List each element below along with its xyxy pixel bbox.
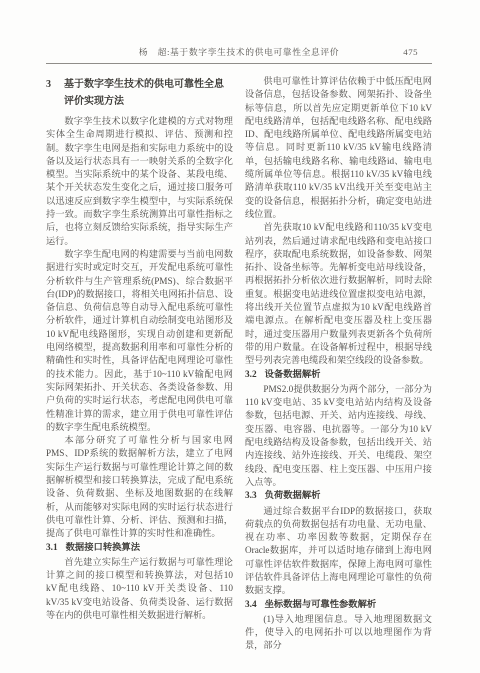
section-title: 基于数字孪生技术的供电可靠性全息评价实现方法 <box>64 76 233 110</box>
section-number: 3.1 <box>46 542 58 555</box>
section-title: 坐标数据与可靠性参数解析 <box>265 599 377 612</box>
section-title: 数据接口转换算法 <box>66 542 140 555</box>
section-title: 设备数据解析 <box>265 369 321 382</box>
paragraph: PMS2.0提供数据分为两个部分，一部分为110 kV变电站、35 kV变电站站… <box>245 383 432 489</box>
section-number: 3.3 <box>245 490 257 503</box>
paper-page: 杨 超:基于数字孪生技术的供电可靠性全息评价 475 3 基于数字孪生技术的供电… <box>0 0 480 673</box>
page-number: 475 <box>403 46 418 59</box>
section-title: 负荷数据解析 <box>265 490 321 503</box>
section-number: 3.4 <box>245 599 257 612</box>
two-column-layout: 3 基于数字孪生技术的供电可靠性全息评价实现方法 数字孪生技术以数字化建模的方式… <box>46 75 432 653</box>
right-column: 供电可靠性计算评估依赖于中低压配电网设备信息，包括设备参数、网架拓扑、设备坐标等… <box>245 75 432 653</box>
paragraph: 数字孪生技术以数字化建模的方式对物理实体全生命周期进行模拟、评估、预测和控制。数… <box>46 115 233 248</box>
paragraph: 数字孪生配电网的构建需要与当前电网数据进行实时或定时交互，开发配电系统可靠性分析… <box>46 248 233 434</box>
paragraph: 本部分研究了可靠性分析与国家电网PMS、IDP系统的数据解析方法，建立了电网实际… <box>46 434 233 540</box>
paragraph: 供电可靠性计算评估依赖于中低压配电网设备信息，包括设备参数、网架拓扑、设备坐标等… <box>245 75 432 221</box>
paragraph: 通过综合数据平台IDP的数据接口，获取荷载点的负荷数据包括有功电量、无功电量、视… <box>245 505 432 598</box>
section-heading-3-3: 3.3 负荷数据解析 <box>245 490 432 503</box>
section-heading-3-4: 3.4 坐标数据与可靠性参数解析 <box>245 599 432 612</box>
section-number: 3.2 <box>245 369 257 382</box>
section-heading-3-1: 3.1 数据接口转换算法 <box>46 542 233 555</box>
header-rule <box>46 63 432 64</box>
left-column: 3 基于数字孪生技术的供电可靠性全息评价实现方法 数字孪生技术以数字化建模的方式… <box>46 75 233 653</box>
running-title: 杨 超:基于数字孪生技术的供电可靠性全息评价 <box>139 47 339 57</box>
section-number: 3 <box>46 76 64 110</box>
paragraph: 首先获取10 kV配电线路和110/35 kV变电站列表，然后通过请求配电线路和… <box>245 221 432 367</box>
section-heading-3: 3 基于数字孪生技术的供电可靠性全息评价实现方法 <box>46 76 233 110</box>
section-heading-3-2: 3.2 设备数据解析 <box>245 369 432 382</box>
page-header: 杨 超:基于数字孪生技术的供电可靠性全息评价 475 <box>46 46 432 59</box>
paragraph: 首先建立实际生产运行数据与可靠性理论计算之间的接口模型和转换算法，对包括10 k… <box>46 556 233 622</box>
paragraph: (1)导入地理图信息。导入地理图数据文件，使导入的电网拓扑可以以地理图作为背景，… <box>245 613 432 653</box>
